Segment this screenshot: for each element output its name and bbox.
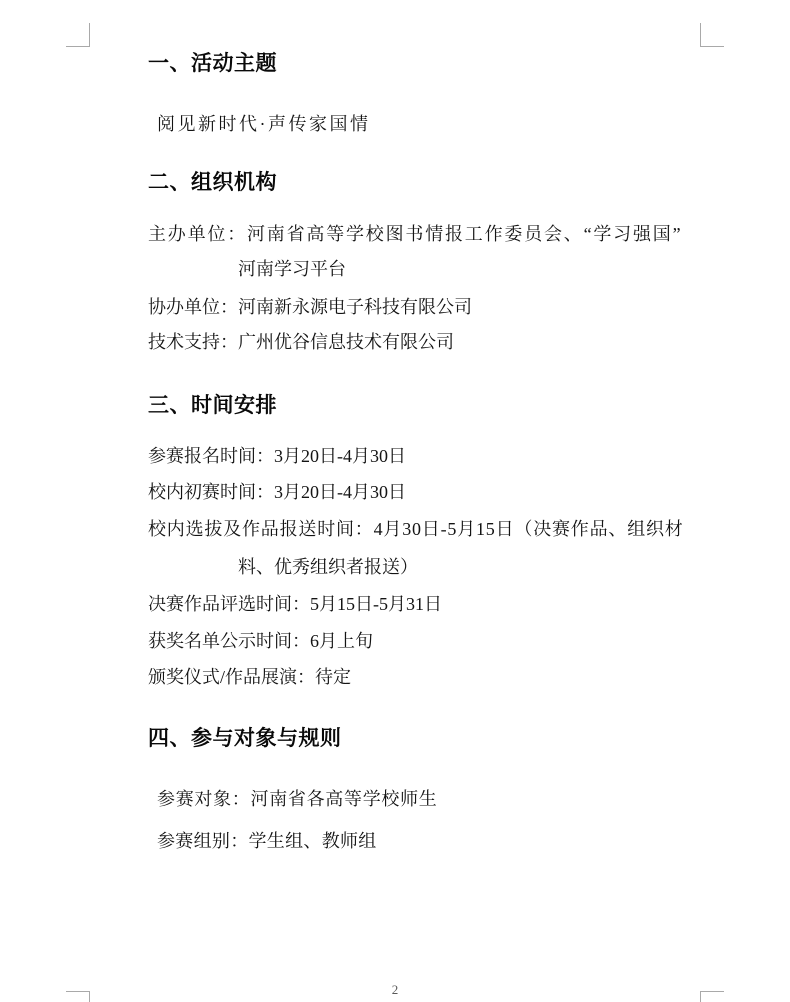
line-theme-slogan: 阅见新时代·声传家国情 [157,112,371,136]
heading-4-participants-and-rules: 四、参与对象与规则 [148,725,342,751]
line-host-organizer-continuation: 河南学习平台 [238,257,346,281]
line-final-judging-time: 决赛作品评选时间：5月15日-5月31日 [148,592,442,616]
heading-2-organizing-structure: 二、组织机构 [148,169,277,195]
line-selection-submission-cont: 料、优秀组织者报送） [238,555,418,579]
heading-1-activity-theme: 一、活动主题 [148,50,277,76]
line-technical-support: 技术支持：广州优谷信息技术有限公司 [148,330,454,354]
crop-mark-top-left-icon [66,23,90,47]
heading-3-schedule: 三、时间安排 [148,392,277,418]
line-co-organizer: 协办单位：河南新永源电子科技有限公司 [148,295,472,319]
page-number: 2 [0,982,790,998]
line-selection-submission-time: 校内选拔及作品报送时间：4月30日-5月15日（决赛作品、组织材 [148,517,684,541]
line-award-ceremony: 颁奖仪式/作品展演：待定 [148,665,351,689]
crop-mark-top-right-icon [700,23,724,47]
line-preliminary-round-time: 校内初赛时间：3月20日-4月30日 [148,480,406,504]
line-participants: 参赛对象：河南省各高等学校师生 [157,787,438,811]
line-registration-time: 参赛报名时间：3月20日-4月30日 [148,444,406,468]
line-winner-announcement-time: 获奖名单公示时间：6月上旬 [148,629,373,653]
document-page: 一、活动主题 阅见新时代·声传家国情 二、组织机构 主办单位：河南省高等学校图书… [0,0,790,1002]
line-participant-groups: 参赛组别：学生组、教师组 [157,829,377,853]
line-host-organizer: 主办单位：河南省高等学校图书情报工作委员会、“学习强国” [148,222,682,246]
